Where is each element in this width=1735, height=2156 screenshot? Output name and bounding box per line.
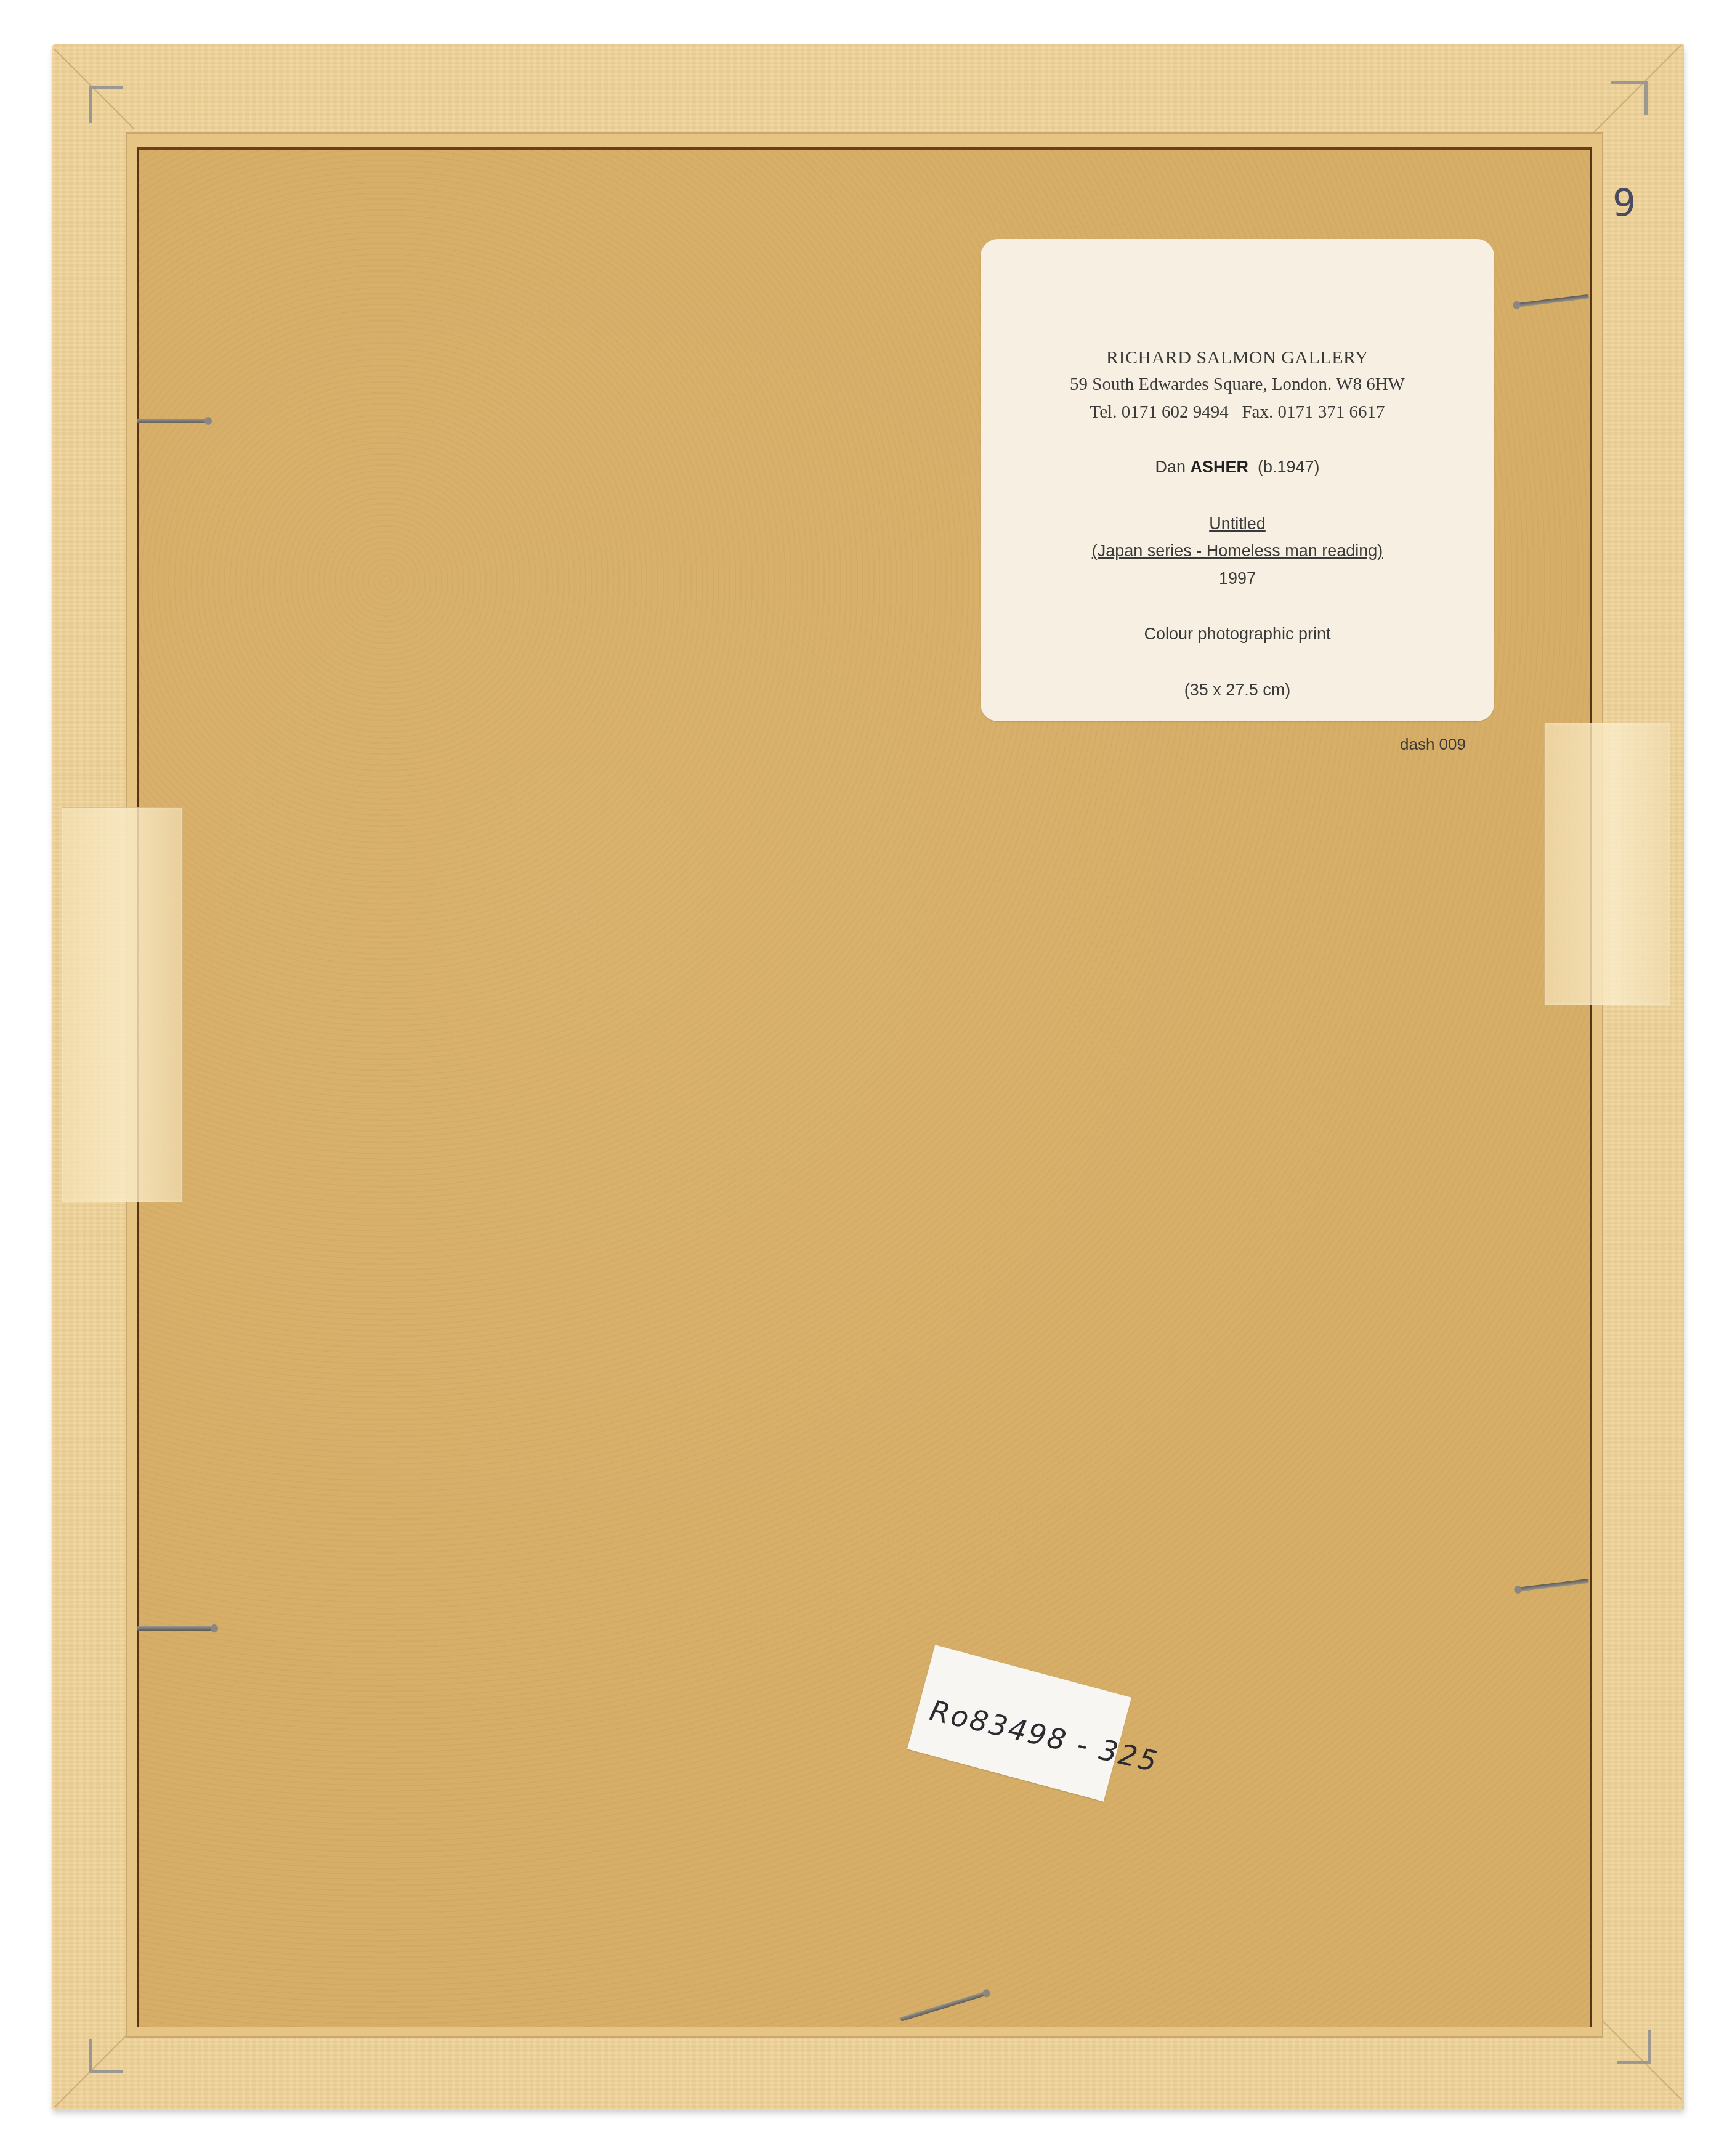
gallery-label: RICHARD SALMON GALLERY 59 South Edwardes…: [981, 239, 1494, 721]
inventory-reference: dash 009: [1400, 735, 1466, 754]
masking-tape-left: [62, 807, 183, 1202]
brad-nail-icon: [137, 419, 209, 423]
corner-staple-icon: [89, 2039, 123, 2073]
corner-staple-icon: [89, 86, 123, 123]
frame-pencil-mark: 9: [1612, 182, 1636, 225]
corner-staple-icon: [1611, 81, 1648, 115]
masking-tape-right: [1544, 723, 1670, 1005]
brad-nail-icon: [137, 1626, 216, 1631]
corner-staple-icon: [1617, 2030, 1651, 2064]
